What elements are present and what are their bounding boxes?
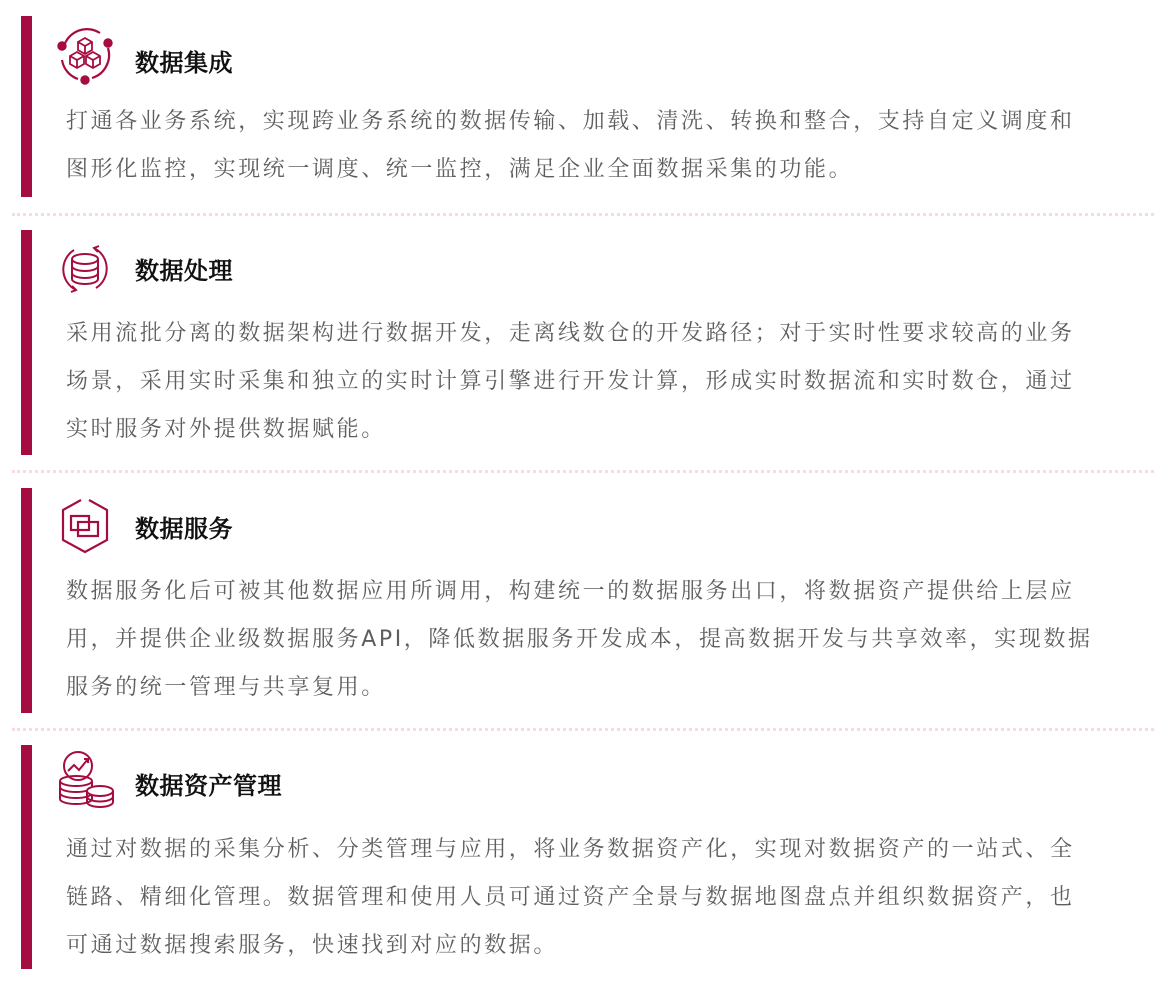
coins-chart-icon [54,749,116,811]
accent-bar [21,745,32,969]
section-description: 通过对数据的采集分析、分类管理与应用，将业务数据资产化，实现对数据资产的一站式、… [66,826,1096,970]
section-data-asset-management: 数据资产管理 通过对数据的采集分析、分类管理与应用，将业务数据资产化，实现对数据… [0,0,1172,995]
section-title: 数据资产管理 [135,771,282,801]
